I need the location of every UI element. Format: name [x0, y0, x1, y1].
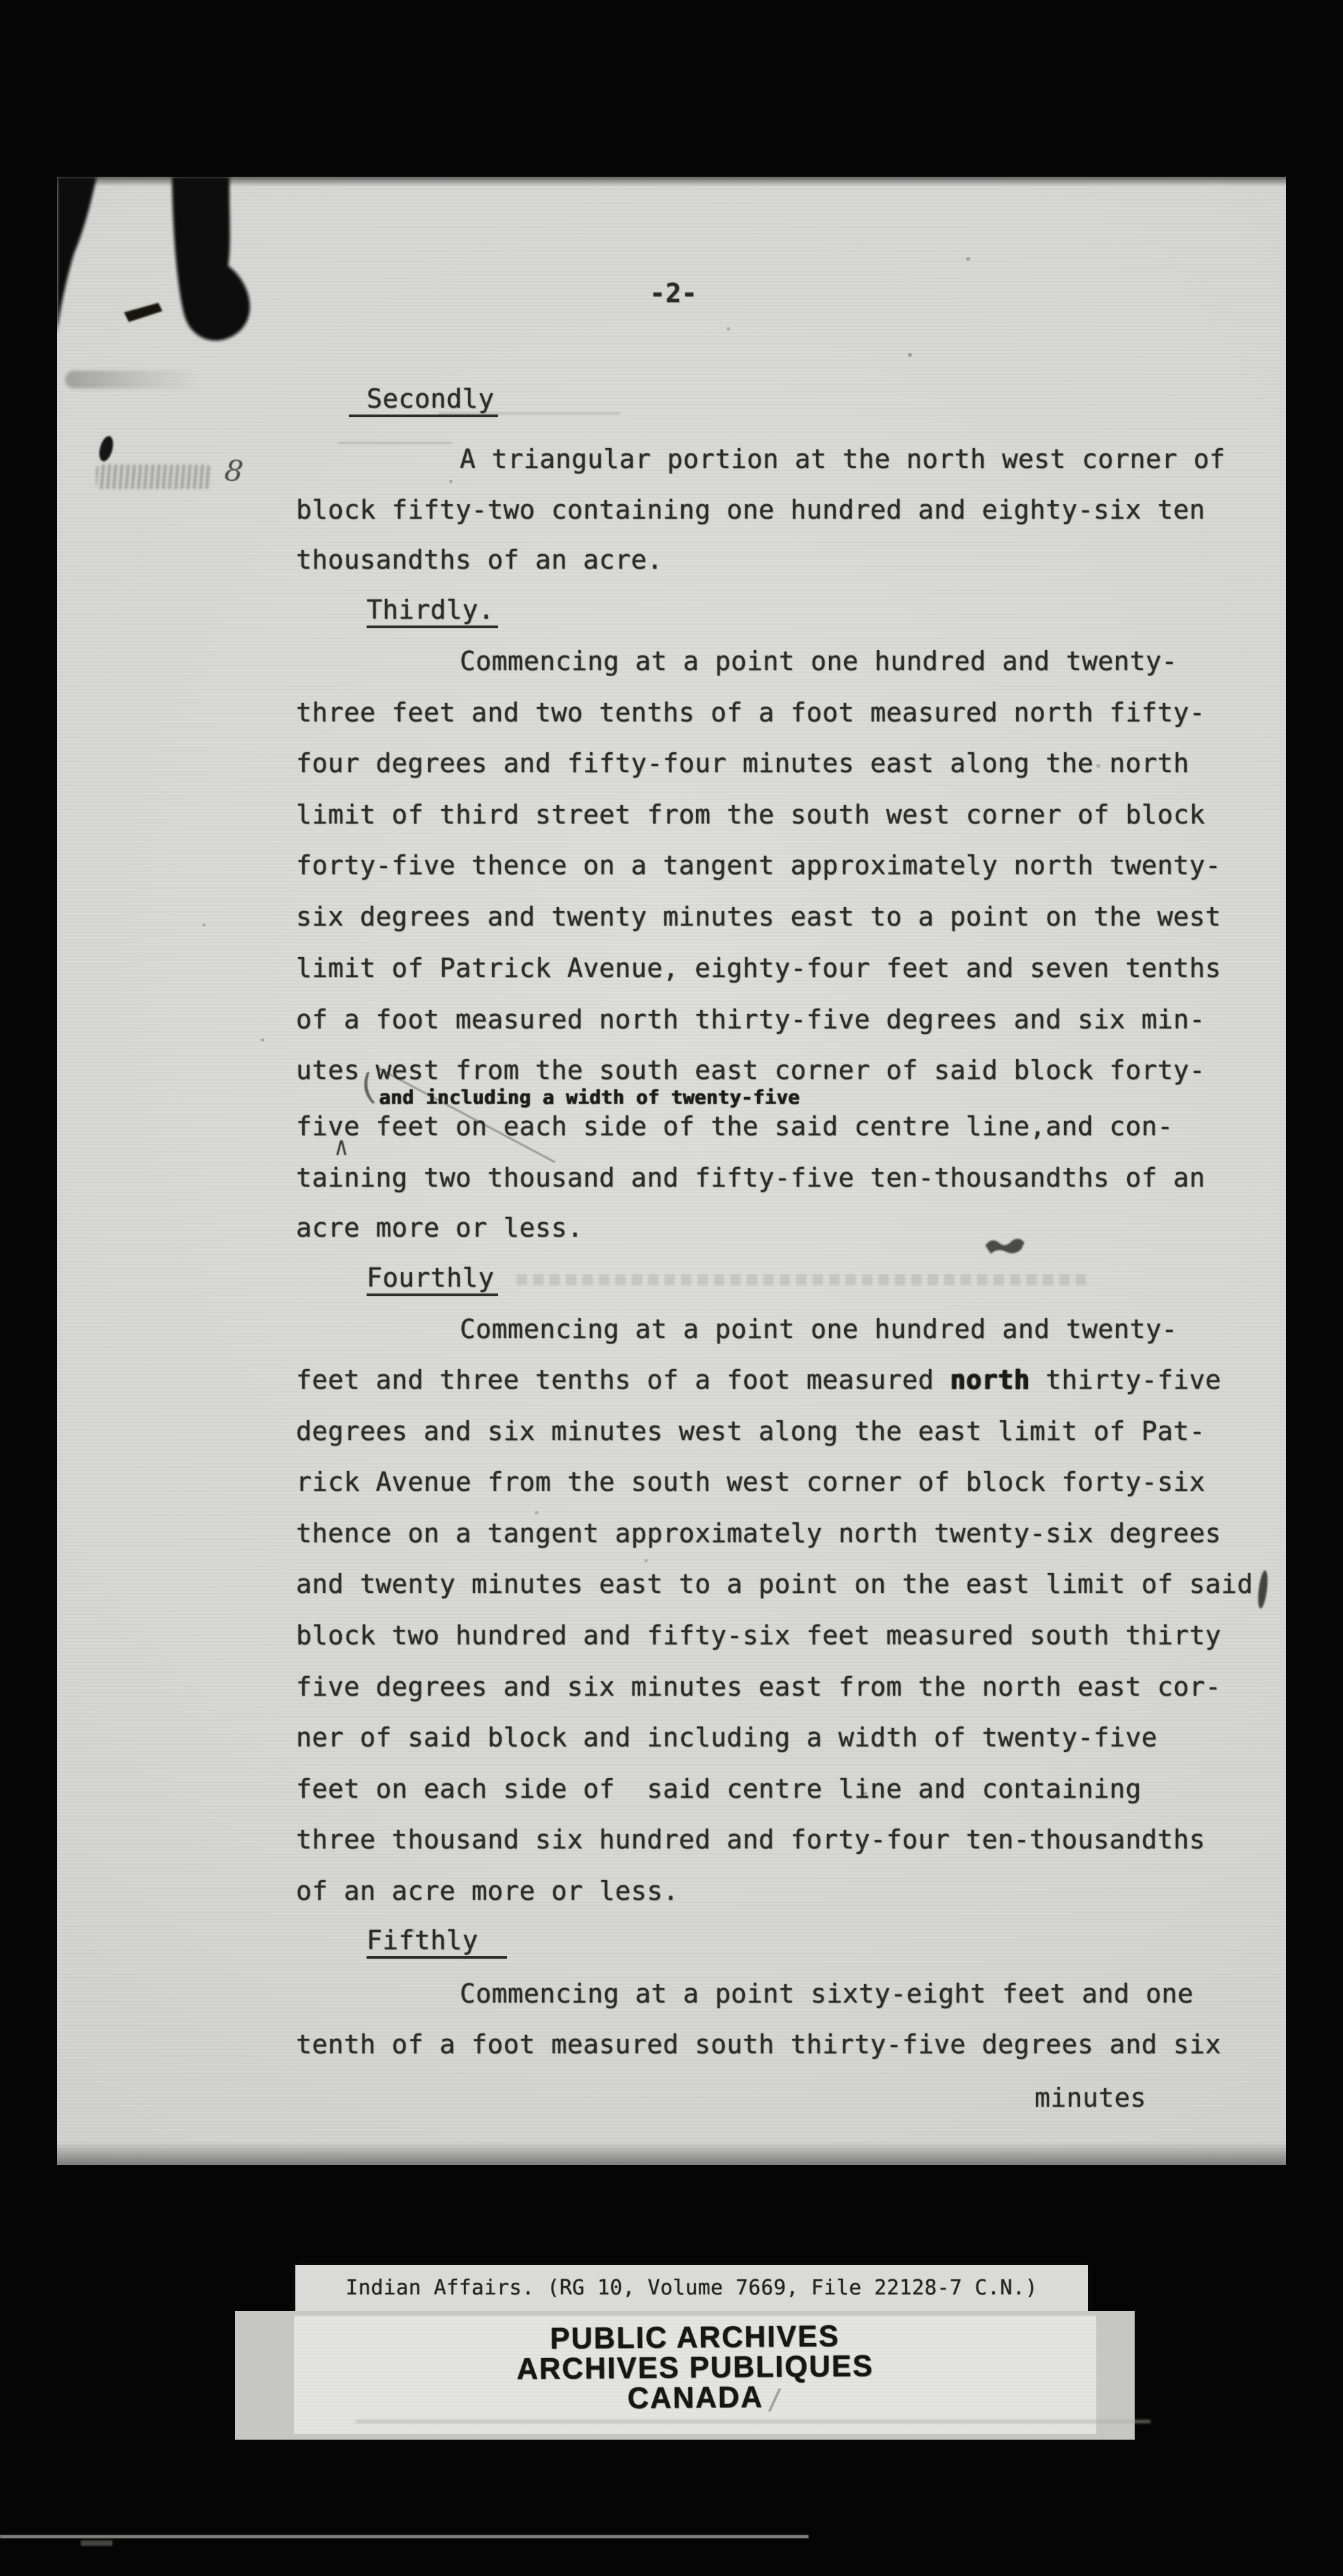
body-line: feet and three tenths of a foot measured…: [296, 1365, 1221, 1395]
ink-blob-top: [172, 177, 250, 340]
body-line: forty-five thence on a tangent approxima…: [296, 850, 1221, 880]
archives-stamp-paper: PUBLIC ARCHIVES ARCHIVES PUBLIQUES CANAD…: [294, 2316, 1096, 2434]
catchword: minutes: [1035, 2083, 1146, 2113]
archives-stamp-strip: PUBLIC ARCHIVES ARCHIVES PUBLIQUES CANAD…: [235, 2311, 1135, 2440]
body-line: ner of said block and including a width …: [296, 1722, 1157, 1753]
section-heading-secondly: Secondly: [349, 384, 498, 417]
body-line: of a foot measured north thirty-five deg…: [296, 1004, 1205, 1035]
microfilm-frame: 8 -2- Secondly A triangular portion at t…: [0, 0, 1343, 2576]
pencil-smudge: [65, 371, 199, 388]
body-line: utes west from the south east corner of …: [296, 1055, 1205, 1085]
archives-stamp-text: PUBLIC ARCHIVES ARCHIVES PUBLIQUES CANAD…: [293, 2319, 1096, 2416]
ink-tail-blot: [1257, 1570, 1270, 1609]
body-line: block two hundred and fifty-six feet mea…: [296, 1620, 1221, 1650]
body-line: six degrees and twenty minutes east to a…: [296, 902, 1221, 932]
body-line: Commencing at a point sixty-eight feet a…: [460, 1979, 1194, 2009]
stamp-line-canada: CANADA: [294, 2379, 1096, 2416]
body-line: three feet and two tenths of a foot meas…: [296, 697, 1205, 728]
corner-wedge: [57, 177, 97, 333]
body-line: of an acre more or less.: [296, 1876, 679, 1906]
body-line: tenth of a foot measured south thirty-fi…: [296, 2029, 1221, 2059]
body-line: degrees and six minutes west along the e…: [296, 1416, 1205, 1446]
section-heading-fourthly: Fourthly: [367, 1263, 498, 1296]
section-heading-fifthly: Fifthly: [367, 1925, 507, 1959]
reference-label: Indian Affairs. (RG 10, Volume 7669, Fil…: [346, 2276, 1038, 2300]
film-edge-line: [0, 2535, 809, 2538]
body-line: four degrees and fifty-four minutes east…: [296, 748, 1190, 778]
stamp-scratch-line: [356, 2420, 1150, 2423]
pencil-numeral: 8: [223, 454, 245, 489]
body-line: three thousand six hundred and forty-fou…: [296, 1824, 1205, 1855]
body-line: Commencing at a point one hundred and tw…: [460, 1314, 1178, 1344]
body-line: five degrees and six minutes east from t…: [296, 1672, 1221, 1702]
body-line: Commencing at a point one hundred and tw…: [460, 646, 1178, 676]
body-line: limit of third street from the south wes…: [296, 800, 1205, 830]
body-line: and twenty minutes east to a point on th…: [296, 1569, 1253, 1599]
comma-blot: [97, 434, 115, 462]
overstruck-word: north: [950, 1365, 1030, 1395]
scanned-page: 8 -2- Secondly A triangular portion at t…: [57, 177, 1286, 2165]
film-edge-tick: [81, 2540, 112, 2546]
body-line: acre more or less.: [296, 1213, 583, 1243]
insertion-caret: ∧: [334, 1132, 348, 1162]
body-line: rick Avenue from the south west corner o…: [296, 1467, 1205, 1497]
ghost-typed-band: [517, 1274, 1092, 1285]
section-heading-thirdly: Thirdly.: [367, 595, 498, 628]
erased-stamp-smudge: [96, 465, 211, 489]
body-line: five feet on each side of the said centr…: [296, 1111, 1173, 1141]
body-line: thence on a tangent approximately north …: [296, 1518, 1221, 1548]
reference-strip: Indian Affairs. (RG 10, Volume 7669, Fil…: [295, 2265, 1088, 2311]
body-line: feet on each side of said centre line an…: [296, 1774, 1142, 1804]
page-number: -2-: [650, 278, 698, 308]
interlinear-insertion: and including a width of twenty-five: [379, 1086, 800, 1109]
body-line: thousandths of an acre.: [296, 545, 663, 575]
body-line: taining two thousand and fifty-five ten-…: [296, 1163, 1205, 1193]
body-line: block fifty-two containing one hundred a…: [296, 495, 1205, 525]
dash-mark: [124, 303, 162, 322]
body-line: A triangular portion at the north west c…: [460, 444, 1225, 474]
stray-stamp-mark: /: [767, 2384, 783, 2416]
pencil-scribble: [985, 1239, 1024, 1254]
ghost-line: [338, 442, 452, 444]
body-line: limit of Patrick Avenue, eighty-four fee…: [296, 953, 1221, 983]
